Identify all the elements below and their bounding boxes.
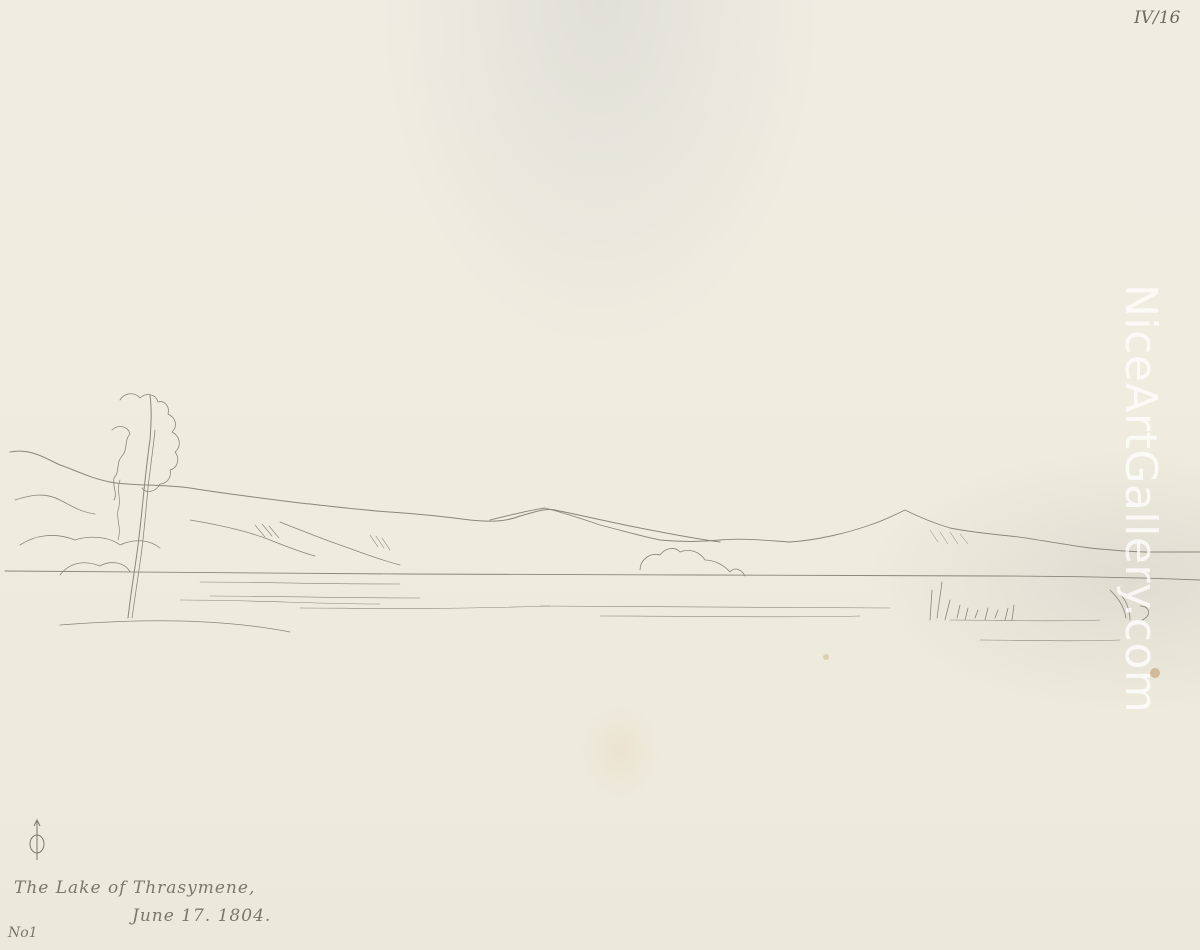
- distant-hills: [490, 508, 1200, 552]
- watermark-text: NiceArtGallery.com: [1115, 284, 1166, 713]
- landscape-sketch: [0, 0, 1200, 950]
- title-inscription: The Lake of Thrasymene,: [14, 878, 255, 898]
- watermark: NiceArtGallery.com: [1118, 284, 1168, 664]
- artwork-sheet: IV/16 NiceArtGallery.com The Lake of Thr…: [0, 0, 1200, 950]
- sheet-number: No1: [8, 925, 38, 941]
- north-arrow-icon: [26, 818, 48, 862]
- paper-stain: [1150, 668, 1160, 678]
- reeds: [930, 582, 1014, 620]
- shoreline: [5, 571, 1200, 580]
- paper-spot: [823, 654, 829, 660]
- shore-trees: [640, 548, 745, 576]
- catalog-mark: IV/16: [1134, 8, 1180, 28]
- tree-trunk: [128, 395, 151, 618]
- date-inscription: June 17. 1804.: [132, 906, 271, 926]
